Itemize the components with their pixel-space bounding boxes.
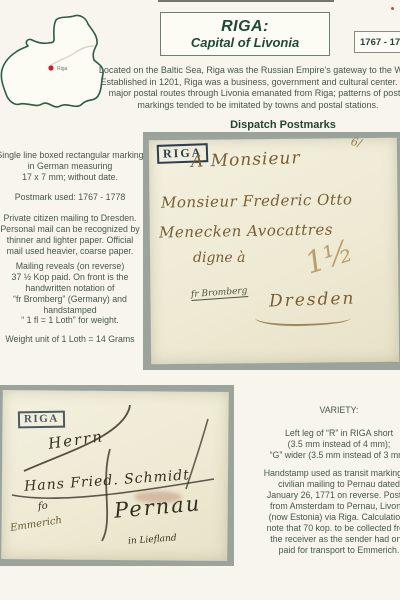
corner-rate-mark: 6/: [350, 135, 363, 150]
address-line: A Monsieur: [191, 148, 301, 172]
page-subtitle: Capital of Livonia: [191, 36, 299, 51]
note-weight-unit: Weight unit of 1 Loth = 14 Grams: [0, 334, 150, 345]
title-box: RIGA: Capital of Livonia: [160, 12, 330, 56]
variety-heading: VARIETY:: [258, 405, 400, 416]
cover-dresden-photo: RIGA 6/ A Monsieur Monsieur Frederic Ott…: [143, 132, 400, 370]
address-line: Monsieur Frederic Otto: [161, 190, 353, 211]
intro-paragraph: Located on the Baltic Sea, Riga was the …: [58, 65, 400, 111]
riga-boxed-postmark: RIGA: [18, 411, 65, 429]
page-edge-mark: [158, 0, 334, 2]
address-line: Menecken Avocattres: [159, 220, 333, 241]
variety-measurements: Left leg of “R” in RIGA short(3.5 mm ins…: [258, 428, 400, 461]
route-notation: fo: [37, 501, 48, 513]
cover-pernau-photo: RIGA Herrn Hans Fried. Schmidt fo Emmeri…: [0, 385, 234, 566]
note-postmark-used: Postmark used: 1767 - 1778: [0, 192, 150, 203]
page-title: RIGA:: [221, 18, 269, 36]
riga-dot: [48, 65, 53, 70]
section-heading: Dispatch Postmarks: [183, 119, 383, 131]
left-notes-column: Single line boxed rectangular markingin …: [0, 150, 150, 355]
variety-column: VARIETY: Left leg of “R” in RIGA short(3…: [258, 405, 400, 563]
red-speck: [391, 7, 394, 10]
address-line: digne à: [193, 250, 246, 266]
variety-usage-note: Handstamp used as transit marking oncivi…: [258, 468, 400, 556]
note-private-mailing: Private citizen mailing to Dresden.Perso…: [0, 213, 150, 256]
date-range-box: 1767 - 1778: [354, 31, 400, 53]
note-marking-description: Single line boxed rectangular markingin …: [0, 150, 150, 182]
date-range: 1767 - 1778: [360, 37, 400, 48]
note-mailing-reveals: Mailing reveals (on reverse)37 ½ Kop pai…: [0, 261, 150, 326]
exhibit-page: Riga RIGA: Capital of Livonia 1767 - 177…: [0, 0, 400, 600]
cover-dresden-envelope: [149, 138, 399, 365]
destination-script: Dresden: [269, 288, 356, 311]
